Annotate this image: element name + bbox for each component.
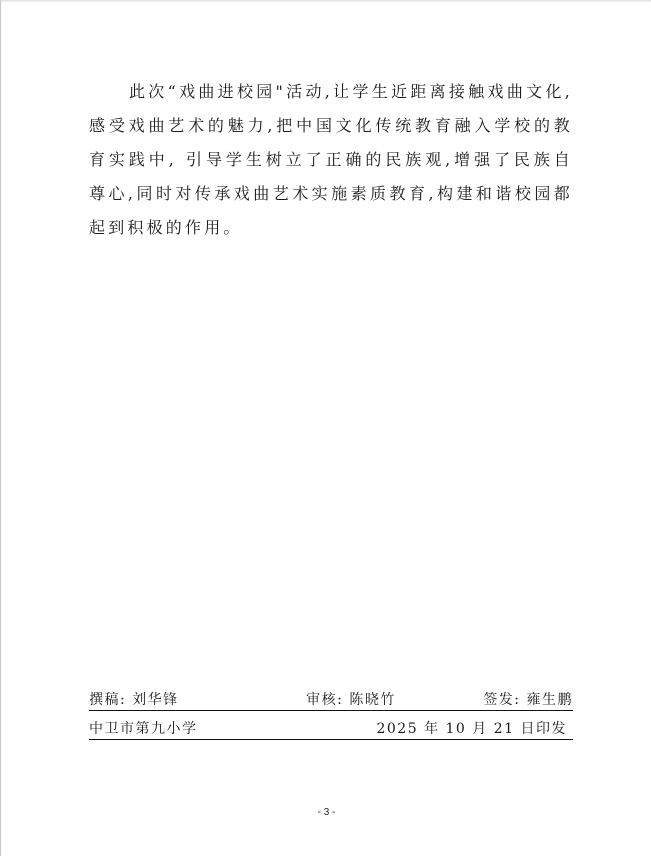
signoff-row: 撰稿: 刘华锋 审核: 陈晓竹 签发: 雍生鹏 bbox=[89, 688, 573, 711]
issue-date: 2025 年 10 月 21 日印发 bbox=[376, 718, 573, 738]
page-number: - 3 - bbox=[1, 807, 651, 818]
organization-name: 中卫市第九小学 bbox=[89, 718, 198, 738]
issuer-label: 签发: 雍生鹏 bbox=[483, 689, 573, 709]
body-paragraph: 此次“戏曲进校园"活动,让学生近距离接触戏曲文化,感受戏曲艺术的魅力,把中国文化… bbox=[89, 75, 573, 245]
document-page: 此次“戏曲进校园"活动,让学生近距离接触戏曲文化,感受戏曲艺术的魅力,把中国文化… bbox=[0, 0, 651, 856]
reviewer-label: 审核: 陈晓竹 bbox=[306, 689, 396, 709]
author-label: 撰稿: 刘华锋 bbox=[89, 689, 179, 709]
issue-row: 中卫市第九小学 2025 年 10 月 21 日印发 bbox=[89, 717, 573, 740]
